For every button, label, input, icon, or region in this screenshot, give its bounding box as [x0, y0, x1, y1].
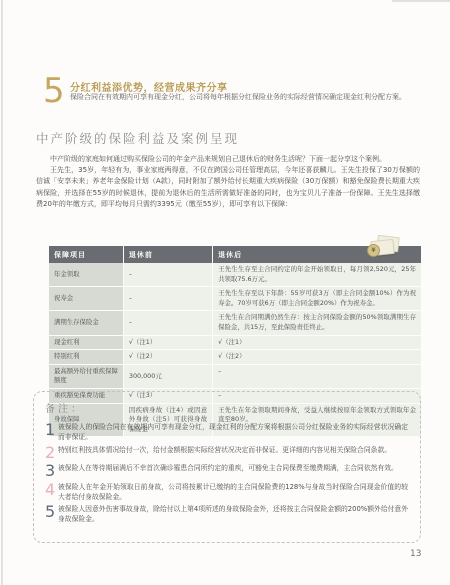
- cell-item: 年金领取: [49, 263, 123, 287]
- note-item: 5 被保险人因意外伤害事故身故，除给付以上第4项所述的身故保险金外，还将按主合同…: [45, 504, 408, 524]
- section-title: 中产阶级的保险利益及案例呈现: [36, 129, 239, 147]
- brochure-page: 5 分红利益添优势，经营成果齐分享 保险合同在有效期内可享有现金分红，公司将每年…: [0, 0, 450, 585]
- table-row: 祝寿金 – 王先生生存至以下年龄：55岁可获3万（即主合同金额10%）作为祝寿金…: [49, 287, 421, 311]
- cell-item: 祝寿金: [49, 287, 123, 311]
- feature-body: 保险合同在有效期内可享有现金分红，公司将每年根据分红保险业务的实际经营情况确定现…: [36, 92, 420, 103]
- money-documents-icon: ¥: [367, 235, 403, 257]
- note-number: 4: [45, 482, 58, 502]
- table-row: 特别红利 √（注2） √（注2）: [49, 350, 421, 365]
- note-text: 被保险人的保险合同在有效期内可享有现金分红，现金红利的分配方案将根据公司分红保险…: [58, 422, 408, 442]
- note-number: 3: [45, 463, 58, 479]
- note-text: 被保险人在年金开始领取日前身故，公司将按累计已缴纳的主合同保险费的128%与身故…: [58, 482, 408, 502]
- cell-after: √（注2）: [213, 350, 421, 365]
- scan-edge: [1, 0, 3, 585]
- notes-box: 备注： 1 被保险人的保险合同在有效期内可享有现金分红，现金红利的分配方案将根据…: [33, 391, 421, 543]
- note-item: 2 特别红利按具体情况给付一次，给付金额根据实际经营状况决定而非保证。更详细的内…: [45, 445, 408, 461]
- table-row: 现金红利 √（注1） √（注1）: [49, 335, 421, 350]
- note-number: 1: [45, 422, 58, 442]
- note-item: 1 被保险人的保险合同在有效期内可享有现金分红，现金红利的分配方案将根据公司分红…: [45, 422, 408, 442]
- table-row: 年金领取 – 王先生生存至主合同约定的年金开始领取日，每月领2,520元，25年…: [49, 263, 421, 287]
- cell-after: 王先生生存至主合同约定的年金开始领取日，每月领2,520元，25年共领取75.6…: [213, 263, 421, 287]
- note-item: 3 被保险人在等待期届满后不幸首次确诊罹患合同所约定的重疾，可豁免主合同保费至缴…: [45, 463, 408, 479]
- cell-before: √（注2）: [123, 350, 212, 365]
- note-number: 5: [45, 504, 58, 524]
- note-number: 2: [45, 445, 58, 461]
- note-item: 4 被保险人在年金开始领取日前身故，公司将按累计已缴纳的主合同保险费的128%与…: [45, 482, 408, 502]
- note-text: 被保险人在等待期届满后不幸首次确诊罹患合同所约定的重疾，可豁免主合同保费至缴费期…: [58, 463, 408, 479]
- intro-paragraph-1: 中产阶级的家庭如何通过购买保险公司的年金产品来规划自己退休后的财务生活呢？下面一…: [36, 154, 420, 165]
- cell-item: 满期生存保险金: [49, 311, 123, 335]
- cell-before: √（注1）: [123, 335, 212, 350]
- table-row: 满期生存保险金 – 王先生在合同期满仍然生存：按主合同保险金额的50%领取满期生…: [49, 311, 421, 335]
- cell-after: √（注1）: [213, 335, 421, 350]
- col-header-item: 保障项目: [49, 246, 123, 263]
- scan-edge: [392, 0, 450, 2]
- intro-paragraphs: 中产阶级的家庭如何通过购买保险公司的年金产品来规划自己退休后的财务生活呢？下面一…: [36, 154, 420, 210]
- cell-before: –: [123, 287, 212, 311]
- page-number: 13: [410, 549, 421, 559]
- table-row: 最高额外给付重疾保障额度 300,000元 –: [49, 364, 421, 388]
- note-text: 被保险人因意外伤害事故身故，除给付以上第4项所述的身故保险金外，还将按主合同保险…: [58, 504, 408, 524]
- cell-after: 王先生在合同期满仍然生存：按主合同保险金额的50%领取满期生存保险金，共15万，…: [213, 311, 421, 335]
- note-text: 特别红利按具体情况给付一次，给付金额根据实际经营状况决定而非保证。更详细的内容见…: [58, 445, 408, 461]
- col-header-before-retirement: 退休前: [123, 246, 212, 263]
- cell-before: –: [123, 263, 212, 287]
- cell-after: 王先生生存至以下年龄：55岁可获3万（即主合同金额10%）作为祝寿金。70岁可获…: [213, 287, 421, 311]
- cell-before: –: [123, 311, 212, 335]
- cell-item: 最高额外给付重疾保障额度: [49, 364, 123, 388]
- coin-icon: ¥: [367, 244, 380, 257]
- cell-item: 现金红利: [49, 335, 123, 350]
- notes-title: 备注：: [45, 400, 408, 415]
- table-header-row: 保障项目 退休前 退休后: [49, 246, 421, 263]
- cell-before: 300,000元: [123, 364, 212, 388]
- cell-item: 特别红利: [49, 350, 123, 365]
- intro-paragraph-2: 王先生，35岁，年轻有为，事业家庭两得意，不仅在跨国公司任管理高层，今年还喜获麟…: [36, 165, 420, 210]
- cell-after: –: [213, 364, 421, 388]
